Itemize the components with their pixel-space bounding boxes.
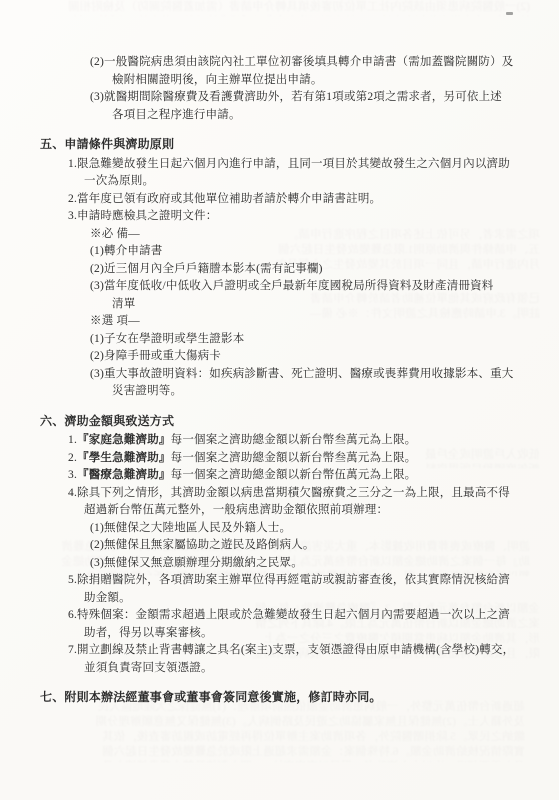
text-line: 3.『醫療急難濟助』每一個案之濟助總金額以新台幣伍萬元為上限。 — [68, 467, 559, 485]
text-line: (3)當年度低收/中低收入戶證明或全戶最新年度國稅局所得資料及財產清冊資料 — [90, 278, 559, 296]
section-heading: 五、申請條件與濟助原則 — [40, 136, 559, 154]
text-line: (3)就醫期間除醫療費及看護費濟助外，若有第1項或第2項之需求者，另可依上述 — [90, 89, 559, 107]
text-line: 4.除具下列之情形，其濟助金額以病患當期積欠醫療費之三分之一為上限，且最高不得 — [68, 485, 559, 503]
text-line: ※選 項— — [90, 313, 559, 331]
bleed-through-artifact: (2)一般醫院病患須由該院內社工單位初審後填具轉介申請書（需加蓋醫院關防）及檢附… — [60, 0, 530, 16]
text-line: 2.『學生急難濟助』每一個案之濟助總金額以新台幣叁萬元為上限。 — [68, 450, 559, 468]
bleed-through-artifact: 超過新台幣伍萬元整外，一般病患濟助金額依照前項辦理：(1)無健保之大陸地區人民及… — [95, 700, 525, 762]
text-line: (2)身障手冊或重大傷病卡 — [90, 348, 559, 366]
text-line: 清單 — [112, 296, 559, 314]
document-page: (2)一般醫院病患須由該院內社工單位初審後填具轉介申請書（需加蓋醫院關防）及檢附… — [0, 0, 559, 800]
document-content: (2)一般醫院病患須由該院內社工單位初審後填具轉介申請書（需加蓋醫院關防）及檢附… — [0, 54, 559, 709]
text-line: ※必 備— — [90, 226, 559, 244]
scan-speck-artifact — [506, 12, 513, 15]
text-line: (1)子女在學證明或學生證影本 — [90, 331, 559, 349]
text-line: 2.當年度已領有政府或其他單位補助者請於轉介申請書註明。 — [68, 191, 559, 209]
text-line: (2)一般醫院病患須由該院內社工單位初審後填具轉介申請書（需加蓋醫院關防）及 — [90, 54, 559, 72]
text-line: 5.除捐贈醫院外，各項濟助案主辦單位得再經電訪或親訪審查後，依其實際情況核給濟 — [68, 572, 559, 590]
text-line: 一次為原則。 — [84, 173, 559, 191]
text-line: (3)重大事故證明資料：如疾病診斷書、死亡證明、醫療或喪葬費用收據影本、重大 — [90, 366, 559, 384]
text-line: 超過新台幣伍萬元整外，一般病患濟助金額依照前項辦理： — [84, 502, 559, 520]
text-line: 1.限急難變故發生日起六個月內進行申請，且同一項目於其變故發生之六個月內以濟助 — [68, 156, 559, 174]
text-line: 6.特殊個案：金額需求超過上限或於急難變故發生日起六個月內需要超過一次以上之濟 — [68, 607, 559, 625]
section-heading: 七、附則本辦法經董事會或董事會簽同意後實施，修訂時亦同。 — [40, 689, 559, 707]
text-line: (3)無健保又無意願辦理分期繳納之民眾。 — [90, 555, 559, 573]
text-line: 助者，得另以專案審核。 — [84, 625, 559, 643]
text-line: 災害證明等。 — [112, 383, 559, 401]
text-line: 助金額。 — [84, 590, 559, 608]
text-line: 檢附相關證明後，向主辦單位提出申請。 — [112, 72, 559, 90]
text-line: (2)近三個月內全戶戶籍謄本影本(需有記事欄) — [90, 261, 559, 279]
text-line: 並須負責寄回支領憑證。 — [84, 660, 559, 678]
section-heading: 六、濟助金額與致送方式 — [40, 413, 559, 431]
text-line: (1)無健保之大陸地區人民及外籍人士。 — [90, 520, 559, 538]
text-line: (1)轉介申請書 — [90, 243, 559, 261]
text-line: (2)無健保且無家屬協助之遊民及路倒病人。 — [90, 537, 559, 555]
text-line: 1.『家庭急難濟助』每一個案之濟助總金額以新台幣叁萬元為上限。 — [68, 432, 559, 450]
text-line: 3.申請時應檢具之證明文件： — [68, 208, 559, 226]
text-line: 7.開立劃線及禁止背書轉讓之具名(案主)支票，支領憑證得由原申請機構(含學校)轉… — [68, 642, 559, 660]
text-line: 各項目之程序進行申請。 — [112, 107, 559, 125]
